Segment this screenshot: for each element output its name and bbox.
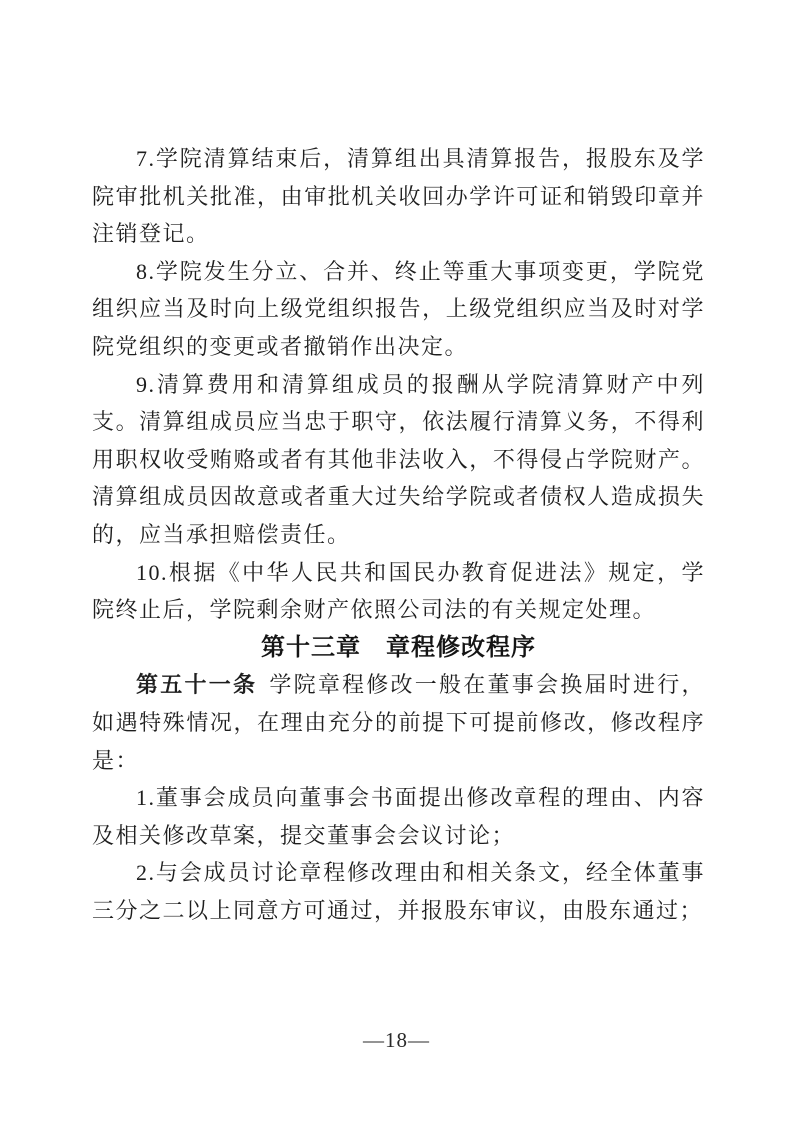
paragraph-item-7: 7.学院清算结束后，清算组出具清算报告，报股东及学院审批机关批准，由审批机关收回… xyxy=(92,140,705,253)
procedure-item-2: 2.与会成员讨论章程修改理由和相关条文，经全体董事三分之二以上同意方可通过，并报… xyxy=(92,854,705,929)
paragraph-item-9: 9.清算费用和清算组成员的报酬从学院清算财产中列支。清算组成员应当忠于职守，依法… xyxy=(92,366,705,554)
page-footer: —18— xyxy=(0,1028,793,1053)
document-page: 7.学院清算结束后，清算组出具清算报告，报股东及学院审批机关批准，由审批机关收回… xyxy=(0,0,793,1122)
page-content: 7.学院清算结束后，清算组出具清算报告，报股东及学院审批机关批准，由审批机关收回… xyxy=(92,140,705,929)
article-51: 第五十一条学院章程修改一般在董事会换届时进行，如遇特殊情况，在理由充分的前提下可… xyxy=(92,666,705,779)
paragraph-item-8: 8.学院发生分立、合并、终止等重大事项变更，学院党组织应当及时向上级党组织报告，… xyxy=(92,253,705,366)
article-51-label: 第五十一条 xyxy=(136,672,269,697)
procedure-item-1: 1.董事会成员向董事会书面提出修改章程的理由、内容及相关修改草案，提交董事会会议… xyxy=(92,779,705,854)
paragraph-item-10: 10.根据《中华人民共和国民办教育促进法》规定，学院终止后，学院剩余财产依照公司… xyxy=(92,554,705,629)
chapter-heading: 第十三章 章程修改程序 xyxy=(92,629,705,667)
page-number: —18— xyxy=(363,1028,430,1052)
